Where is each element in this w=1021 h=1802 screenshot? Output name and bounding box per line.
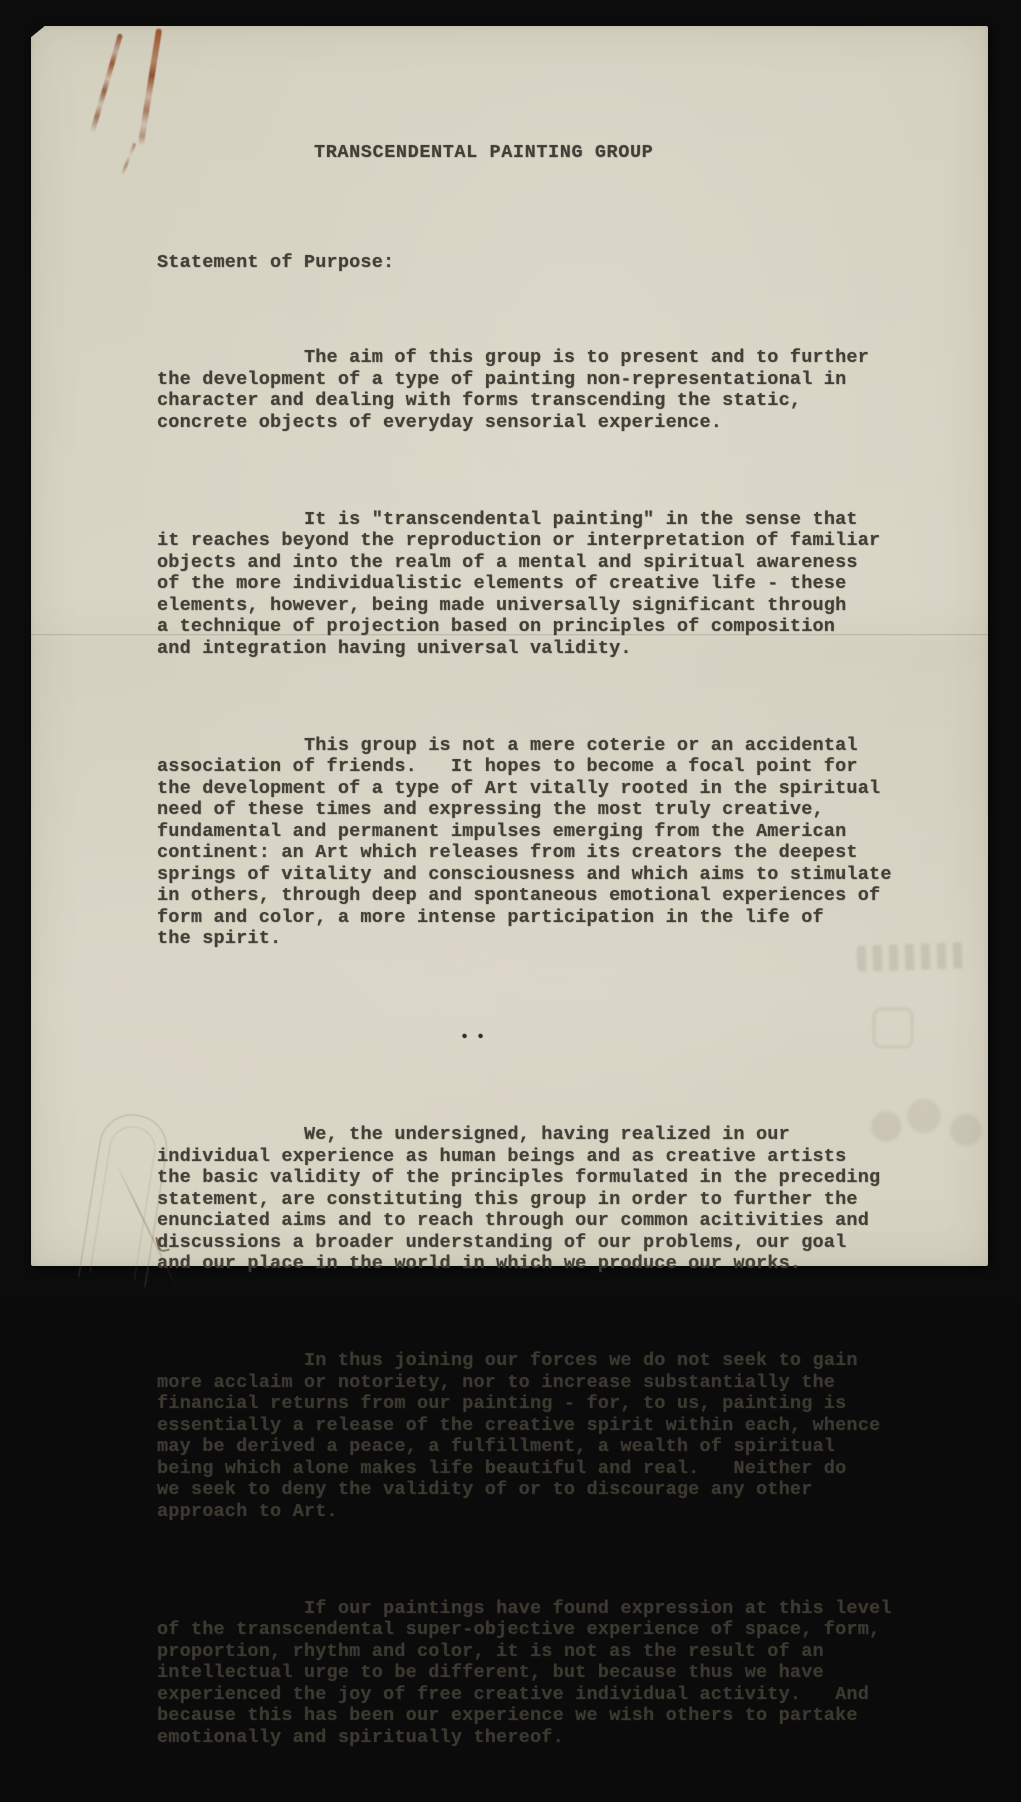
typed-text-block: TRANSCENDENTAL PAINTING GROUP Statement … <box>157 99 952 1300</box>
typed-paragraph: It is "transcendental painting" in the s… <box>157 509 952 660</box>
document-sheet: TRANSCENDENTAL PAINTING GROUP Statement … <box>31 26 988 1266</box>
typed-paragraph: The aim of this group is to present and … <box>157 347 952 433</box>
bleed-through-mark <box>857 942 968 972</box>
typed-paragraph: This group is not a mere coterie or an a… <box>157 735 952 950</box>
typed-paragraph: We, the undersigned, having realized in … <box>157 1124 952 1275</box>
bleed-through-stamp-outline <box>873 1008 913 1048</box>
rust-stain-mark <box>121 143 137 176</box>
document-title: TRANSCENDENTAL PAINTING GROUP <box>314 142 952 164</box>
statement-heading: Statement of Purpose: <box>157 252 952 274</box>
folded-corner <box>30 25 46 38</box>
scan-background: TRANSCENDENTAL PAINTING GROUP Statement … <box>0 0 1021 1300</box>
bleed-through-mark <box>861 1088 1001 1158</box>
rust-stain-mark <box>90 33 123 132</box>
